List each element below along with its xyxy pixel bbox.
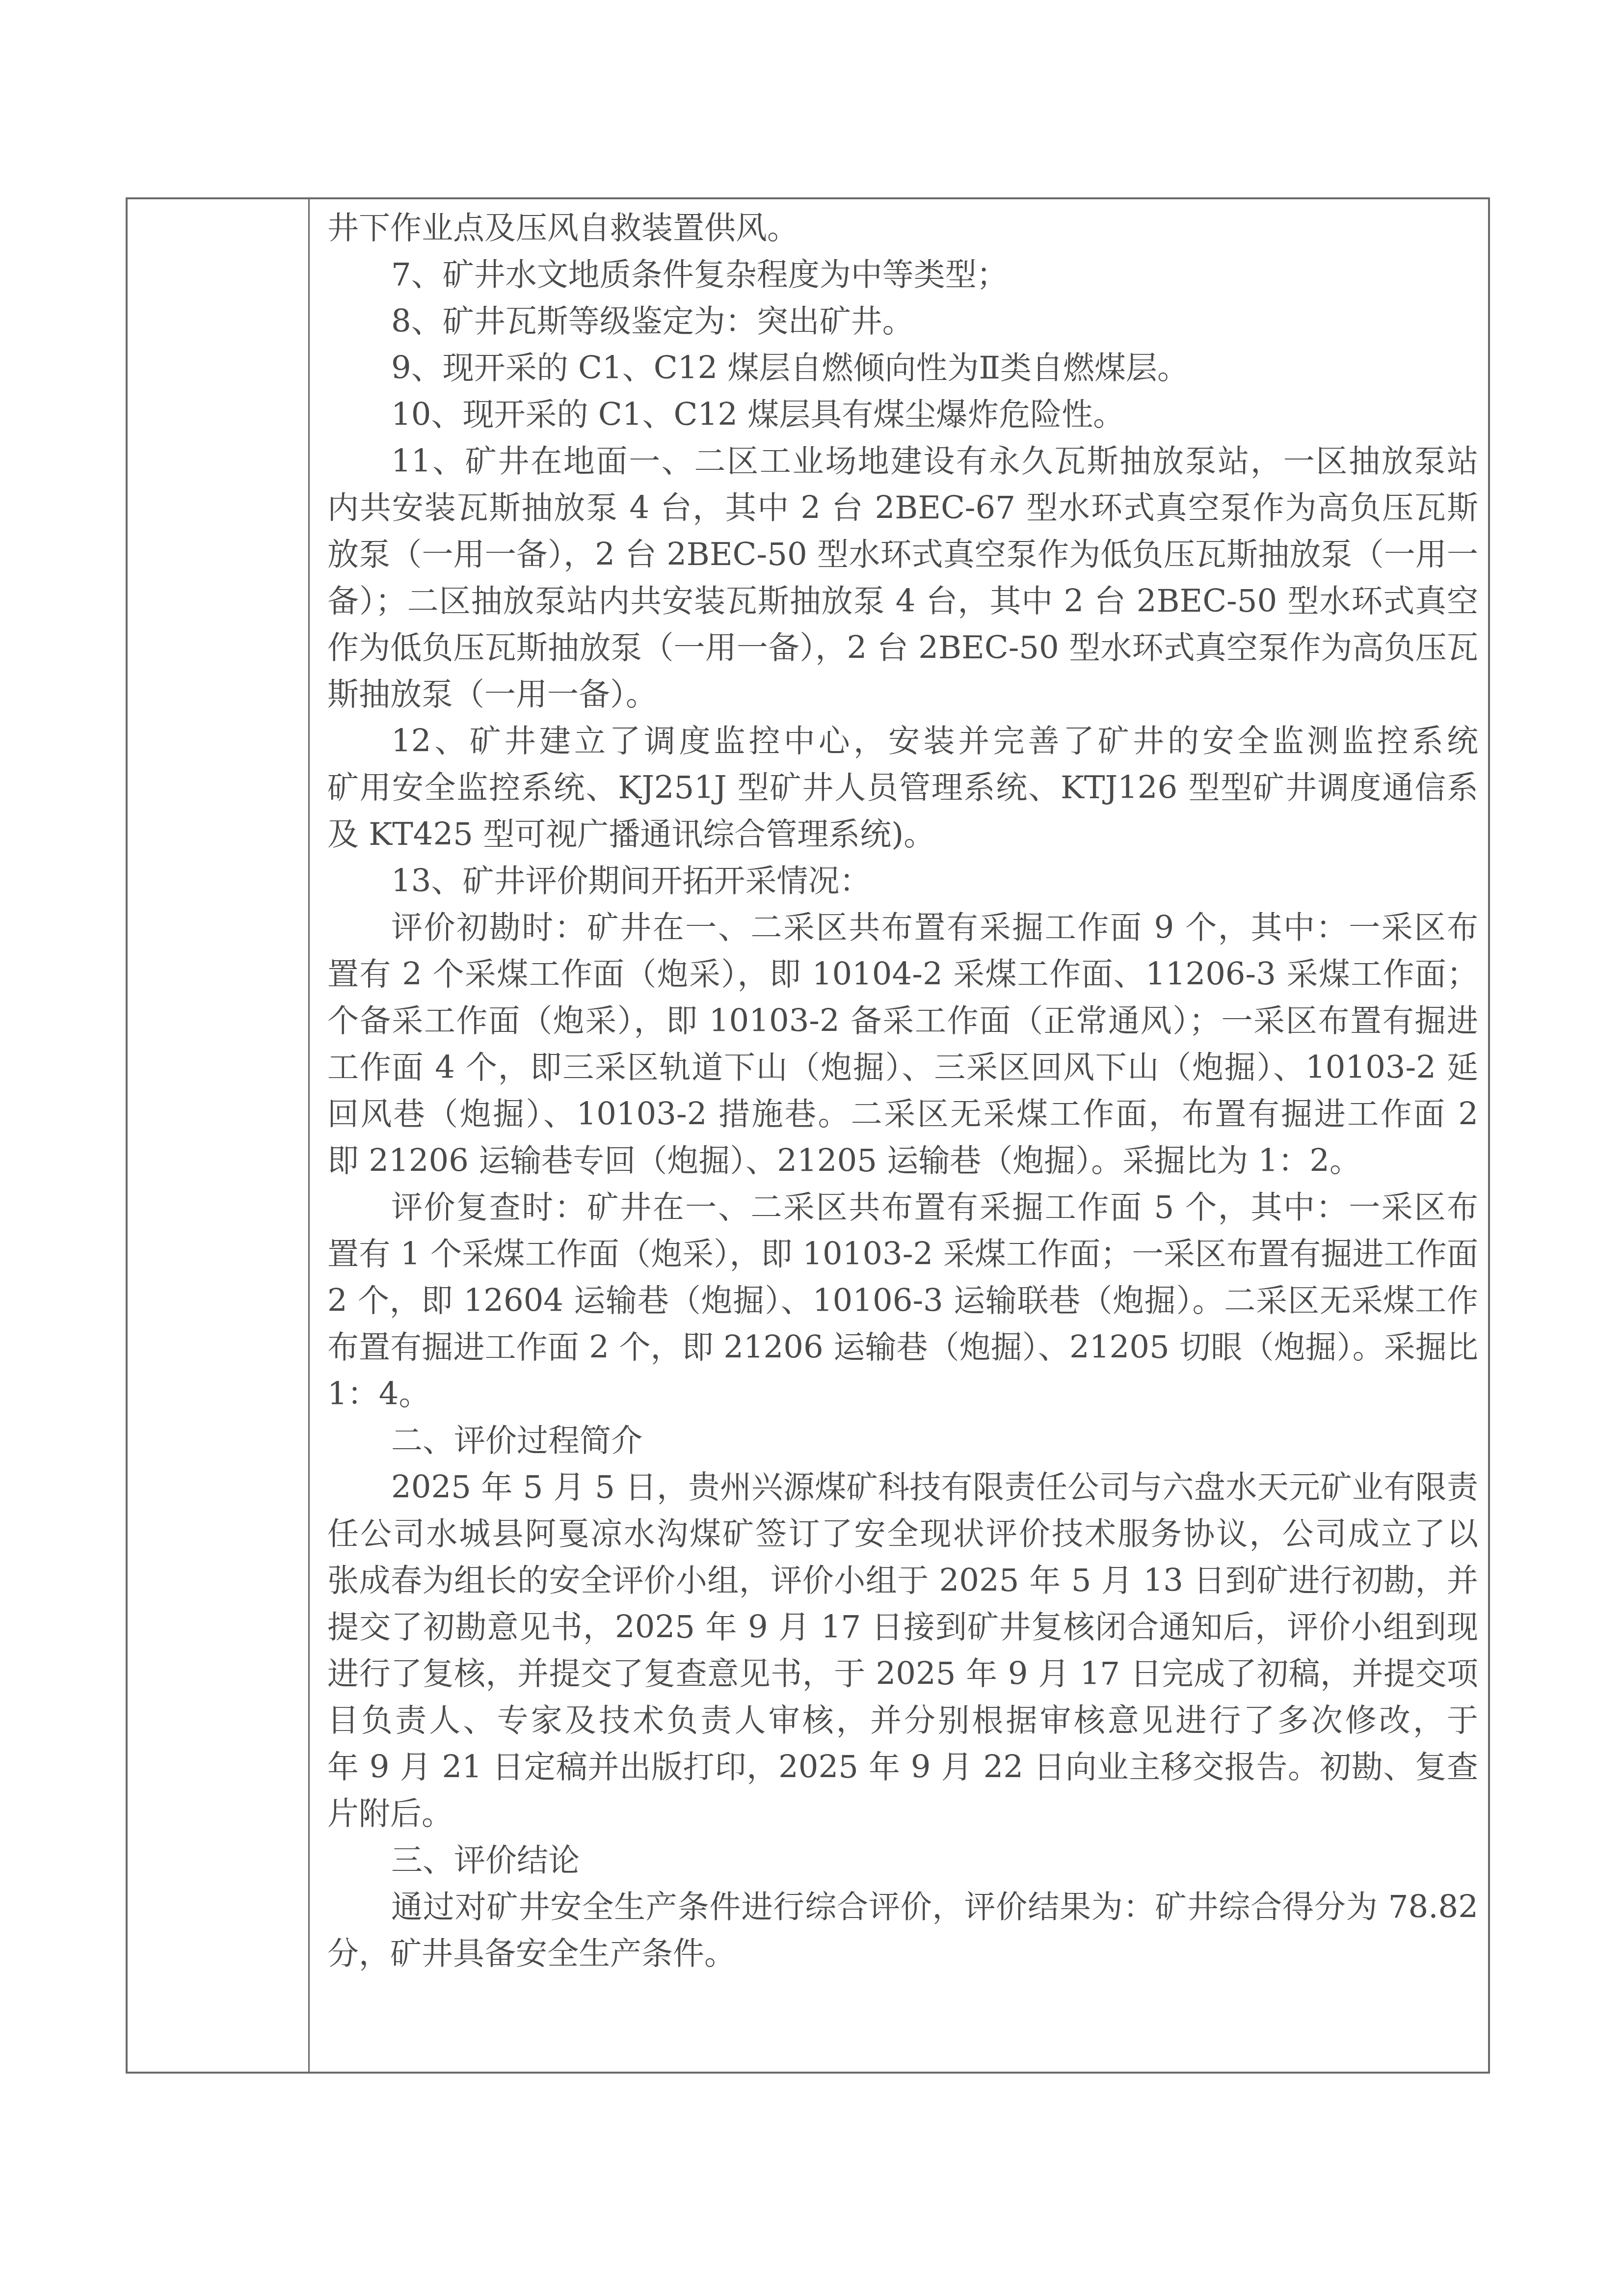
text-line: 井下作业点及压风自救装置供风。 xyxy=(327,205,1478,252)
section-heading: 三、评价结论 xyxy=(327,1837,1478,1884)
text-line: 置有 2 个采煤工作面（炮采），即 10104-2 采煤工作面、11206-3 … xyxy=(327,951,1478,998)
text-line: 2025 年 5 月 5 日，贵州兴源煤矿科技有限责任公司与六盘水天元矿业有限责 xyxy=(327,1464,1478,1511)
paragraph: 10、现开采的 C1、C12 煤层具有煤尘爆炸危险性。 xyxy=(327,392,1478,438)
paragraph: 2025 年 5 月 5 日，贵州兴源煤矿科技有限责任公司与六盘水天元矿业有限责… xyxy=(327,1464,1478,1837)
text-line: 提交了初勘意见书，2025 年 9 月 17 日接到矿井复核闭合通知后，评价小组… xyxy=(327,1604,1478,1651)
text-line: 10、现开采的 C1、C12 煤层具有煤尘爆炸危险性。 xyxy=(327,392,1478,438)
left-label-cell xyxy=(128,199,308,2072)
text-line: 置有 1 个采煤工作面（炮采），即 10103-2 采煤工作面；一采区布置有掘进… xyxy=(327,1231,1478,1278)
text-line: 目负责人、专家及技术负责人审核，并分别根据审核意见进行了多次修改，于 2025 xyxy=(327,1698,1478,1744)
text-line: 评价复查时：矿井在一、二采区共布置有采掘工作面 5 个，其中：一采区布 xyxy=(327,1185,1478,1231)
text-line: 斯抽放泵（一用一备）。 xyxy=(327,672,1478,718)
paragraph: 井下作业点及压风自救装置供风。 xyxy=(327,205,1478,252)
paragraph: 13、矿井评价期间开拓开采情况： xyxy=(327,858,1478,905)
text-line: 张成春为组长的安全评价小组，评价小组于 2025 年 5 月 13 日到矿进行初… xyxy=(327,1558,1478,1604)
content-cell: 井下作业点及压风自救装置供风。7、矿井水文地质条件复杂程度为中等类型；8、矿井瓦… xyxy=(327,205,1478,1977)
text-line: 8、矿井瓦斯等级鉴定为：突出矿井。 xyxy=(327,298,1478,345)
section-heading: 二、评价过程简介 xyxy=(327,1418,1478,1464)
paragraph: 7、矿井水文地质条件复杂程度为中等类型； xyxy=(327,252,1478,298)
paragraph: 通过对矿井安全生产条件进行综合评价，评价结果为：矿井综合得分为 78.82分，矿… xyxy=(327,1884,1478,1977)
text-line: 工作面 4 个，即三采区轨道下山（炮掘）、三采区回风下山（炮掘）、10103-2… xyxy=(327,1045,1478,1091)
text-line: 13、矿井评价期间开拓开采情况： xyxy=(327,858,1478,905)
paragraph: 评价复查时：矿井在一、二采区共布置有采掘工作面 5 个，其中：一采区布置有 1 … xyxy=(327,1185,1478,1418)
paragraph: 12、矿井建立了调度监控中心，安装并完善了矿井的安全监测监控系统(KJ90X矿用… xyxy=(327,718,1478,858)
text-line: 1：4。 xyxy=(327,1371,1478,1418)
text-line: 12、矿井建立了调度监控中心，安装并完善了矿井的安全监测监控系统(KJ90X xyxy=(327,718,1478,765)
paragraph: 9、现开采的 C1、C12 煤层自燃倾向性为Ⅱ类自燃煤层。 xyxy=(327,345,1478,392)
paragraph: 评价初勘时：矿井在一、二采区共布置有采掘工作面 9 个，其中：一采区布置有 2 … xyxy=(327,905,1478,1185)
text-line: 9、现开采的 C1、C12 煤层自燃倾向性为Ⅱ类自燃煤层。 xyxy=(327,345,1478,392)
text-line: 三、评价结论 xyxy=(327,1837,1478,1884)
text-line: 任公司水城县阿戛凉水沟煤矿签订了安全现状评价技术服务协议，公司成立了以 xyxy=(327,1511,1478,1558)
text-line: 评价初勘时：矿井在一、二采区共布置有采掘工作面 9 个，其中：一采区布 xyxy=(327,905,1478,951)
text-line: 内共安装瓦斯抽放泵 4 台，其中 2 台 2BEC-67 型水环式真空泵作为高负… xyxy=(327,485,1478,532)
text-line: 二、评价过程简介 xyxy=(327,1418,1478,1464)
text-line: 矿用安全监控系统、KJ251J 型矿井人员管理系统、KTJ126 型型矿井调度通… xyxy=(327,765,1478,811)
column-divider xyxy=(308,197,310,2074)
paragraph: 8、矿井瓦斯等级鉴定为：突出矿井。 xyxy=(327,298,1478,345)
text-line: 7、矿井水文地质条件复杂程度为中等类型； xyxy=(327,252,1478,298)
text-line: 备）；二区抽放泵站内共安装瓦斯抽放泵 4 台，其中 2 台 2BEC-50 型水… xyxy=(327,578,1478,625)
text-line: 回风巷（炮掘）、10103-2 措施巷。二采区无采煤工作面，布置有掘进工作面 2… xyxy=(327,1091,1478,1138)
text-line: 作为低负压瓦斯抽放泵（一用一备），2 台 2BEC-50 型水环式真空泵作为高负… xyxy=(327,625,1478,672)
paragraph: 11、矿井在地面一、二区工业场地建设有永久瓦斯抽放泵站，一区抽放泵站内共安装瓦斯… xyxy=(327,438,1478,718)
text-line: 11、矿井在地面一、二区工业场地建设有永久瓦斯抽放泵站，一区抽放泵站 xyxy=(327,438,1478,485)
text-line: 个备采工作面（炮采），即 10103-2 备采工作面（正常通风）；一采区布置有掘… xyxy=(327,998,1478,1045)
text-line: 放泵（一用一备），2 台 2BEC-50 型水环式真空泵作为低负压瓦斯抽放泵（一… xyxy=(327,532,1478,578)
text-line: 2 个，即 12604 运输巷（炮掘）、10106-3 运输联巷（炮掘）。二采区… xyxy=(327,1278,1478,1324)
text-line: 通过对矿井安全生产条件进行综合评价，评价结果为：矿井综合得分为 78.82 xyxy=(327,1884,1478,1931)
document-page: 井下作业点及压风自救装置供风。7、矿井水文地质条件复杂程度为中等类型；8、矿井瓦… xyxy=(0,0,1623,2296)
text-line: 片附后。 xyxy=(327,1791,1478,1837)
text-line: 及 KT425 型可视广播通讯综合管理系统)。 xyxy=(327,811,1478,858)
text-line: 即 21206 运输巷专回（炮掘）、21205 运输巷（炮掘）。采掘比为 1：2… xyxy=(327,1138,1478,1185)
text-line: 分，矿井具备安全生产条件。 xyxy=(327,1931,1478,1977)
text-line: 进行了复核，并提交了复查意见书，于 2025 年 9 月 17 日完成了初稿，并… xyxy=(327,1651,1478,1698)
text-line: 布置有掘进工作面 2 个，即 21206 运输巷（炮掘）、21205 切眼（炮掘… xyxy=(327,1324,1478,1371)
text-line: 年 9 月 21 日定稿并出版打印，2025 年 9 月 22 日向业主移交报告… xyxy=(327,1744,1478,1791)
